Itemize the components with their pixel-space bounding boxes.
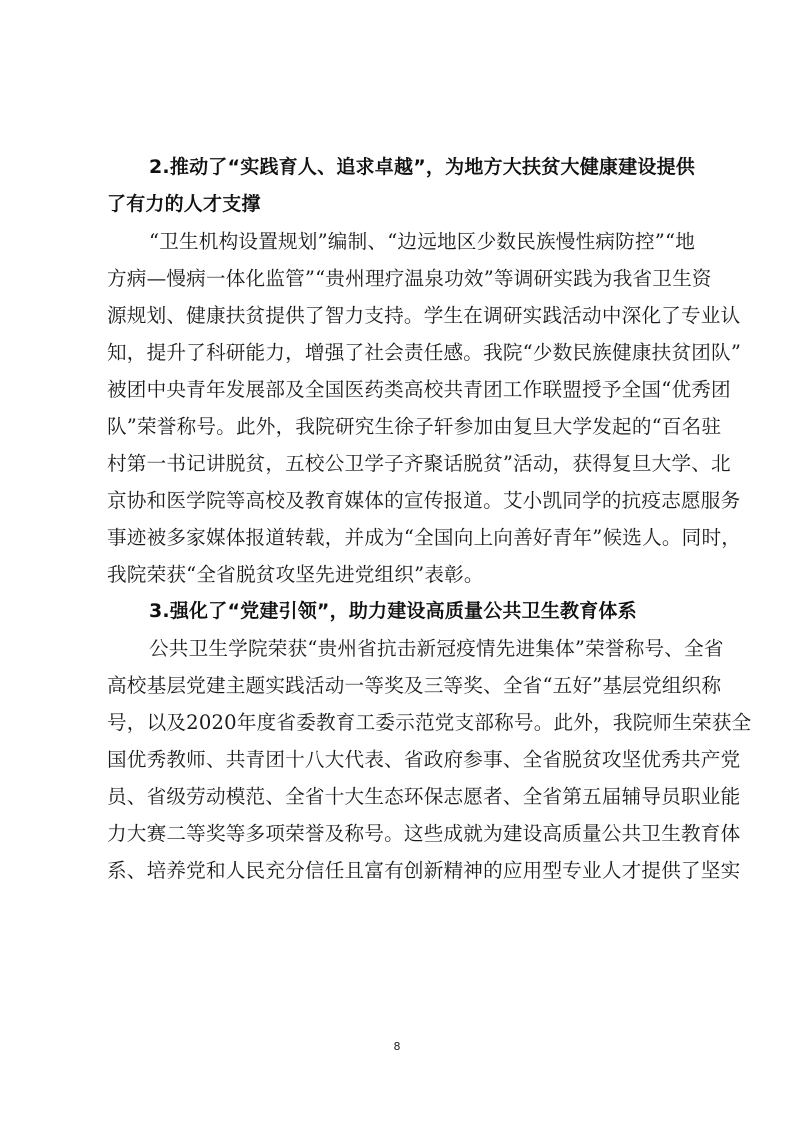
paragraph-line: 高校基层党建主题实践活动一等奖及三等奖、全省“五好”基层党组织称	[107, 667, 695, 704]
paragraph-line: “卫生机构设置规划”编制、“边远地区少数民族慢性病防控”“地	[107, 223, 695, 260]
document-page: 2.推动了“实践育人、追求卓越”，为地方大扶贫大健康建设提供 了有力的人才支撑 …	[107, 149, 695, 889]
paragraph-line: 源规划、健康扶贫提供了智力支持。学生在调研实践活动中深化了专业认	[107, 297, 695, 334]
paragraph-line: 队”荣誉称号。此外，我院研究生徐子轩参加由复旦大学发起的“百名驻	[107, 408, 695, 445]
paragraph-line: 方病—慢病一体化监管”“贵州理疗温泉功效”等调研实践为我省卫生资	[107, 260, 695, 297]
section-2-heading-line-2: 了有力的人才支撑	[107, 186, 695, 223]
paragraph-line: 知，提升了科研能力，增强了社会责任感。我院“少数民族健康扶贫团队”	[107, 334, 695, 371]
paragraph-line: 力大赛二等奖等多项荣誉及称号。这些成就为建设高质量公共卫生教育体	[107, 815, 695, 852]
paragraph-line: 国优秀教师、共青团十八大代表、省政府参事、全省脱贫攻坚优秀共产党	[107, 741, 695, 778]
section-3-paragraph: 公共卫生学院荣获“贵州省抗击新冠疫情先进集体”荣誉称号、全省 高校基层党建主题实…	[107, 630, 695, 889]
section-2-heading-line-1: 2.推动了“实践育人、追求卓越”，为地方大扶贫大健康建设提供	[107, 149, 695, 186]
paragraph-line: 事迹被多家媒体报道转载，并成为“全国向上向善好青年”候选人。同时，	[107, 519, 695, 556]
paragraph-line: 号，以及2020年度省委教育工委示范党支部称号。此外，我院师生荣获全	[107, 704, 695, 741]
paragraph-line: 京协和医学院等高校及教育媒体的宣传报道。艾小凯同学的抗疫志愿服务	[107, 482, 695, 519]
section-3-heading: 3.强化了“党建引领”，助力建设高质量公共卫生教育体系	[107, 593, 695, 630]
page-number: 8	[0, 1040, 794, 1053]
paragraph-line: 村第一书记讲脱贫，五校公卫学子齐聚话脱贫”活动，获得复旦大学、北	[107, 445, 695, 482]
paragraph-line: 员、省级劳动模范、全省十大生态环保志愿者、全省第五届辅导员职业能	[107, 778, 695, 815]
paragraph-line: 我院荣获“全省脱贫攻坚先进党组织”表彰。	[107, 556, 695, 593]
section-2-paragraph: “卫生机构设置规划”编制、“边远地区少数民族慢性病防控”“地 方病—慢病一体化监…	[107, 223, 695, 593]
paragraph-line: 公共卫生学院荣获“贵州省抗击新冠疫情先进集体”荣誉称号、全省	[107, 630, 695, 667]
paragraph-line: 被团中央青年发展部及全国医药类高校共青团工作联盟授予全国“优秀团	[107, 371, 695, 408]
paragraph-line: 系、培养党和人民充分信任且富有创新精神的应用型专业人才提供了坚实	[107, 852, 695, 889]
